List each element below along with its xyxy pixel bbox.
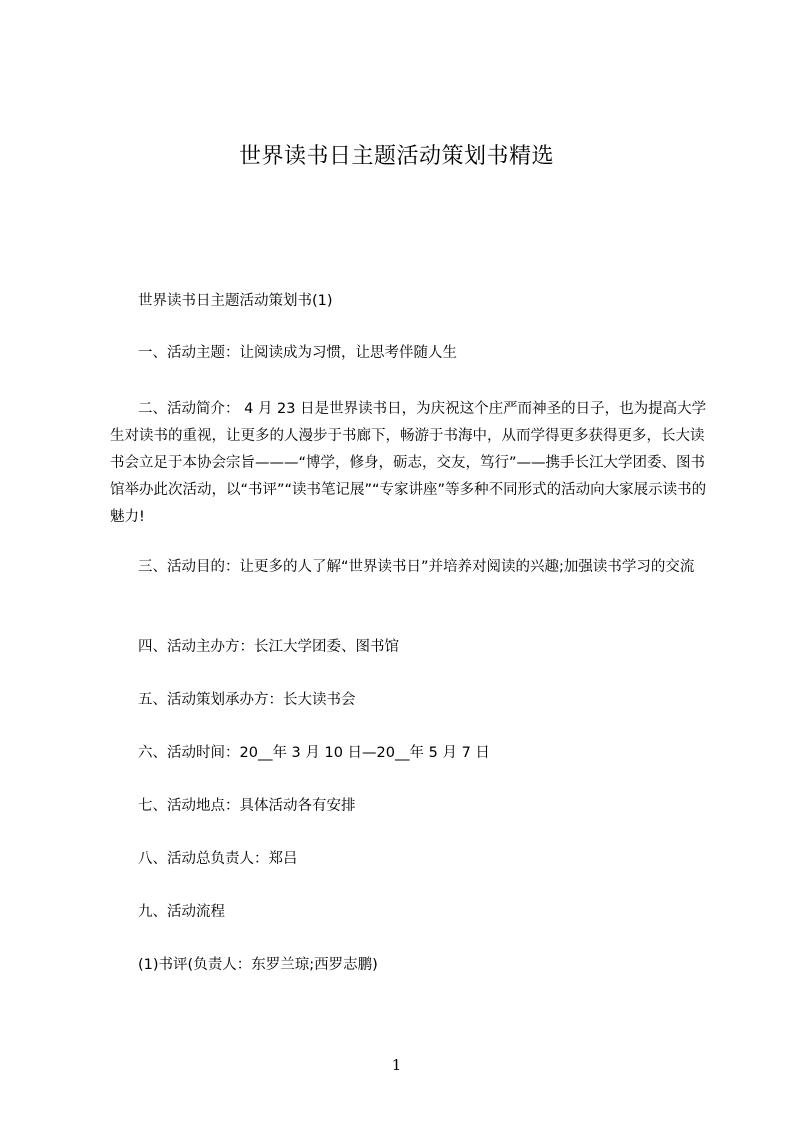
section-theme: 一、活动主题：让阅读成为习惯，让思考伴随人生 (110, 340, 710, 367)
section-process: 九、活动流程 (110, 899, 710, 926)
document-title: 世界读书日主题活动策划书精选 (0, 142, 793, 172)
section-intro: 二、活动简介： 4 月 23 日是世界读书日，为庆祝这个庄严而神圣的日子，也为提… (110, 396, 710, 531)
section-leader: 八、活动总负责人：郑吕 (110, 846, 710, 873)
page-number: 1 (0, 1056, 793, 1074)
section-time: 六、活动时间：20__年 3 月 10 日—20__年 5 月 7 日 (110, 740, 710, 767)
section-organizer: 五、活动策划承办方：长大读书会 (110, 687, 710, 714)
document-subtitle: 世界读书日主题活动策划书(1) (110, 288, 710, 315)
section-book-review: (1)书评(负责人：东罗兰琼;西罗志鹏) (110, 952, 710, 979)
section-host: 四、活动主办方：长江大学团委、图书馆 (110, 634, 710, 661)
section-location: 七、活动地点：具体活动各有安排 (110, 793, 710, 820)
section-purpose: 三、活动目的：让更多的人了解“世界读书日”并培养对阅读的兴趣;加强读书学习的交流 (110, 554, 710, 581)
